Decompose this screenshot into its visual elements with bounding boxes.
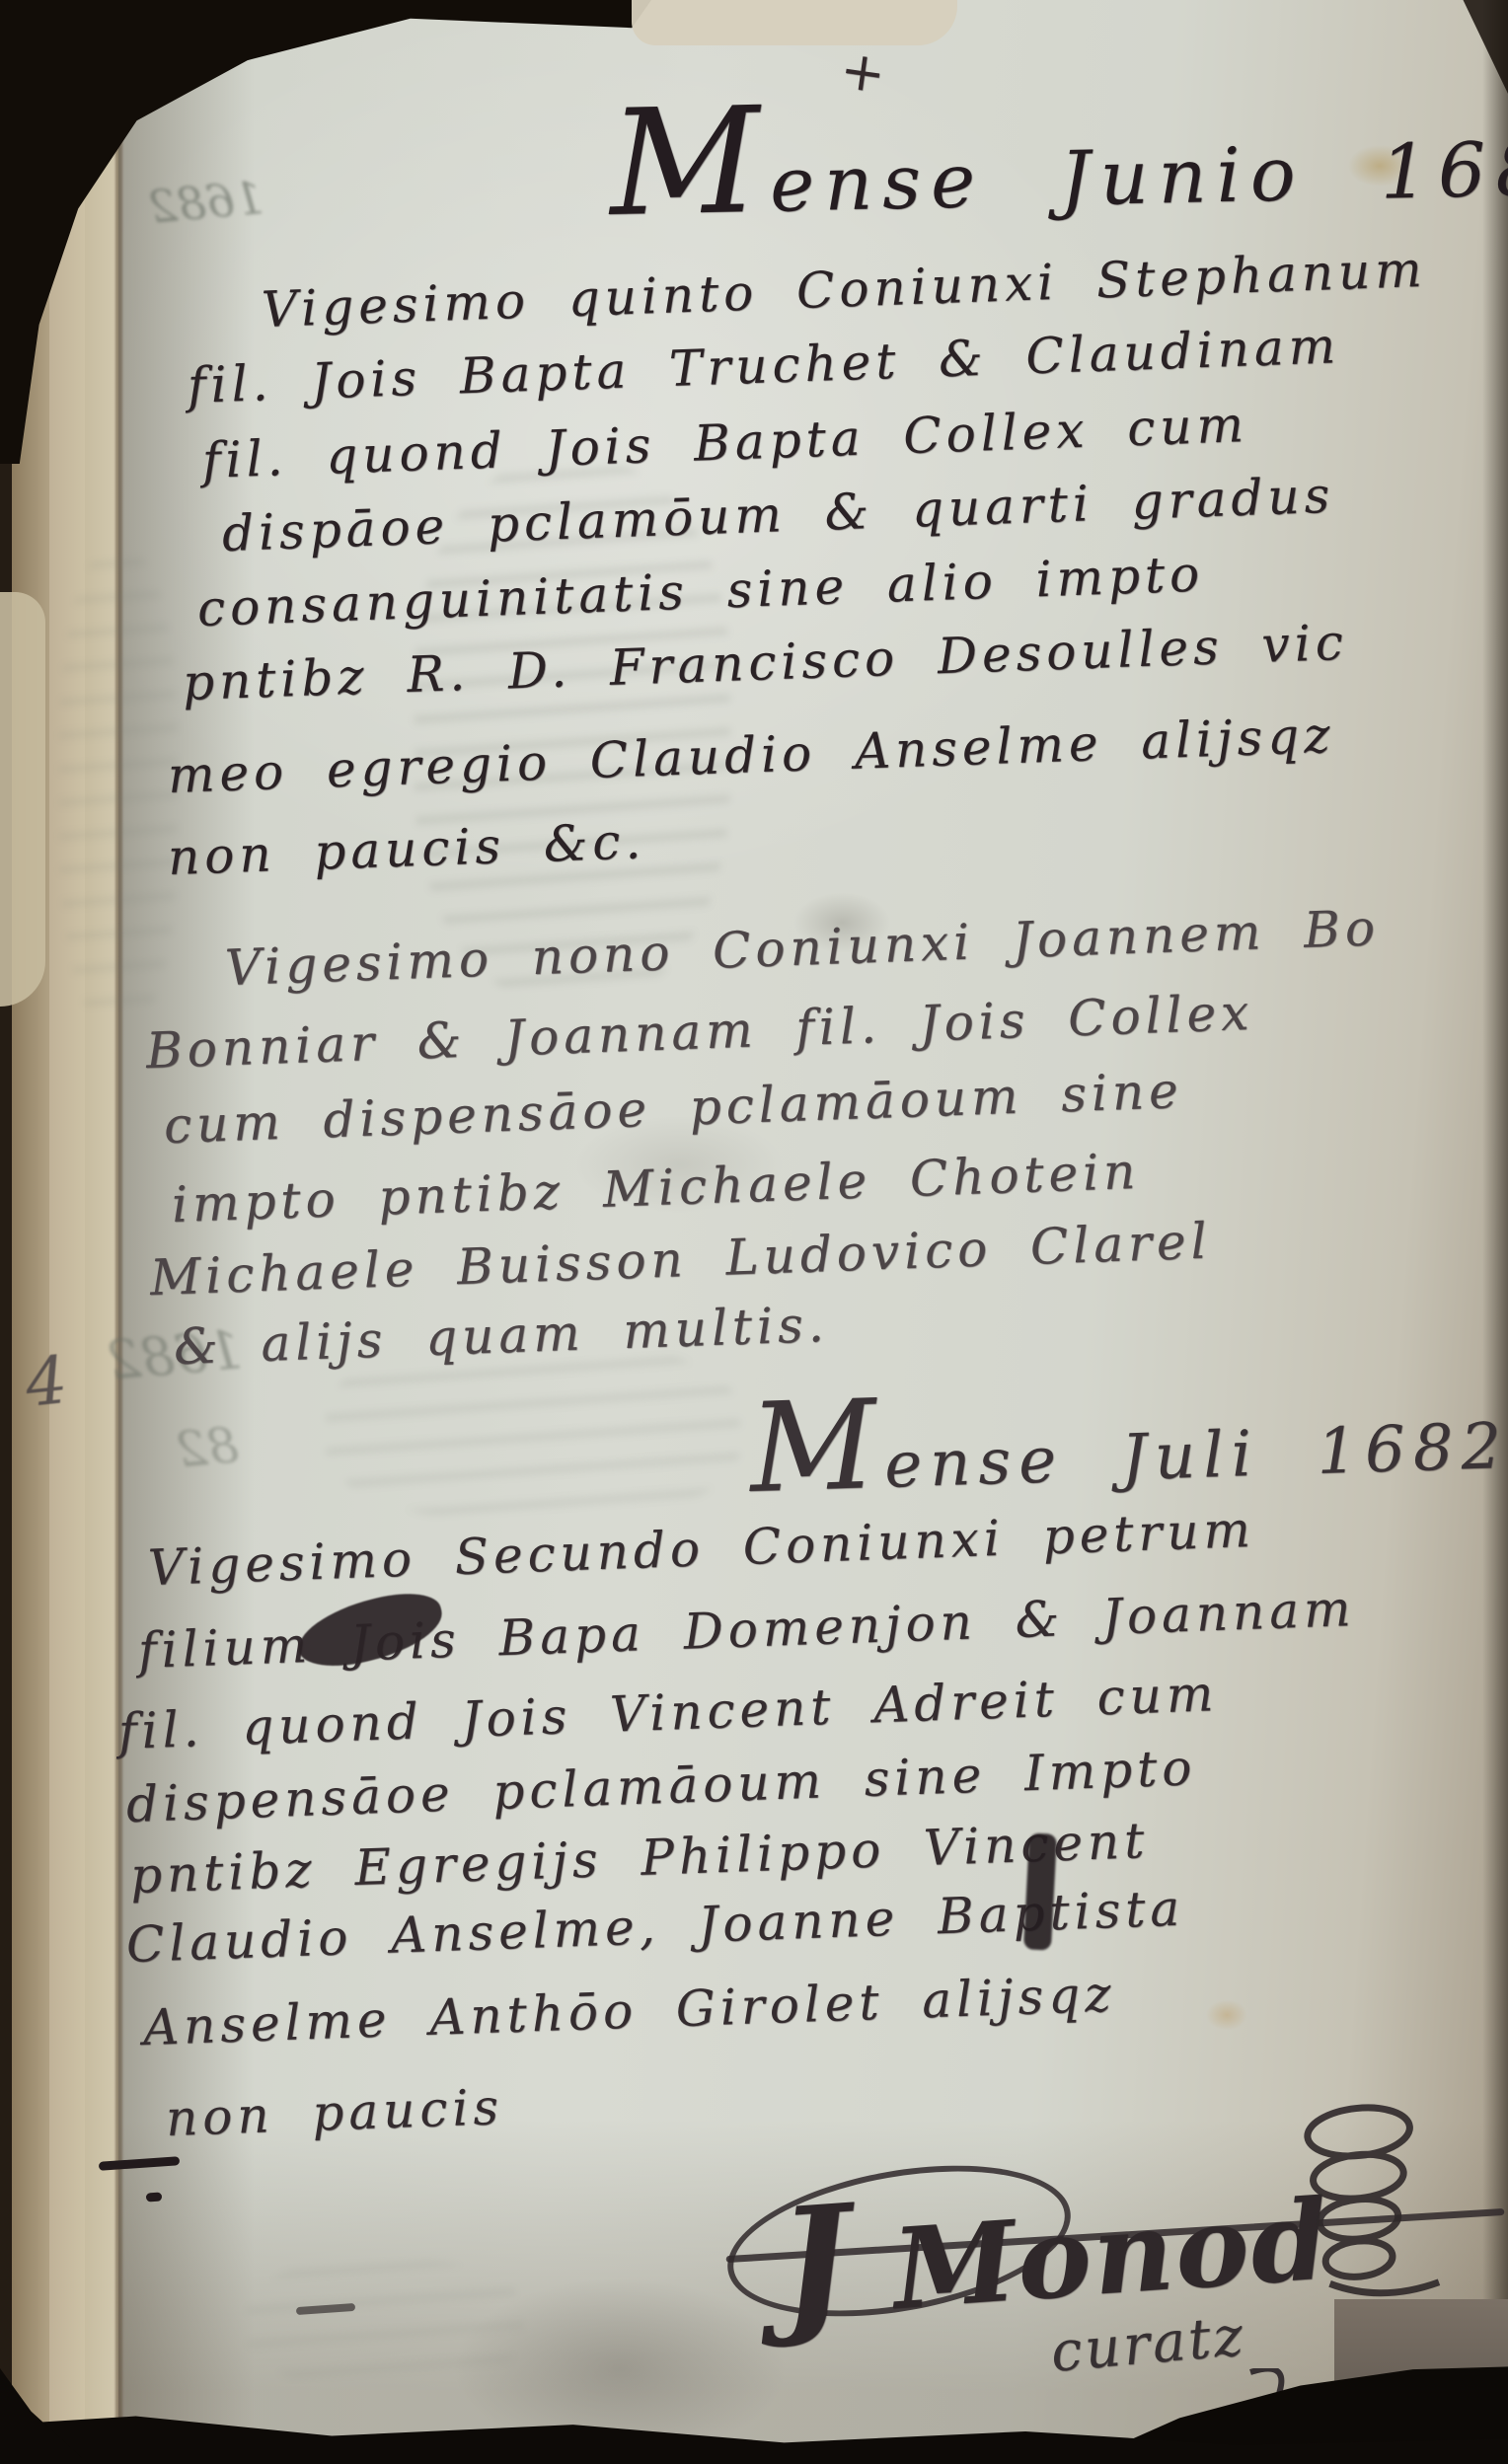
binding-strip (85, 0, 118, 2464)
bleedthrough-ghost (247, 2260, 523, 2388)
underlying-page-edge (0, 592, 45, 1007)
bleedthrough-fragment: 82 (174, 1416, 241, 1478)
page-right-shadow (1482, 0, 1508, 2464)
torn-paper-fragment (632, 0, 957, 45)
binding-crease (115, 0, 122, 2464)
margin-ink-dot (146, 2192, 163, 2202)
bleedthrough-year: 1682 (146, 171, 265, 234)
bleedthrough-ghost (59, 553, 178, 1026)
heading-june: Mense Junio 1682 (609, 88, 1508, 232)
cross-mark: + (837, 37, 890, 106)
margin-number: 4 (22, 1342, 71, 1422)
manuscript-photo: 1682 1682 82 + Mense Junio 1682 Vigesimo… (0, 0, 1508, 2464)
register-entry-line: non paucis (165, 2078, 504, 2147)
binding-strip (49, 0, 87, 2464)
bleedthrough-ghost (326, 1342, 740, 1520)
